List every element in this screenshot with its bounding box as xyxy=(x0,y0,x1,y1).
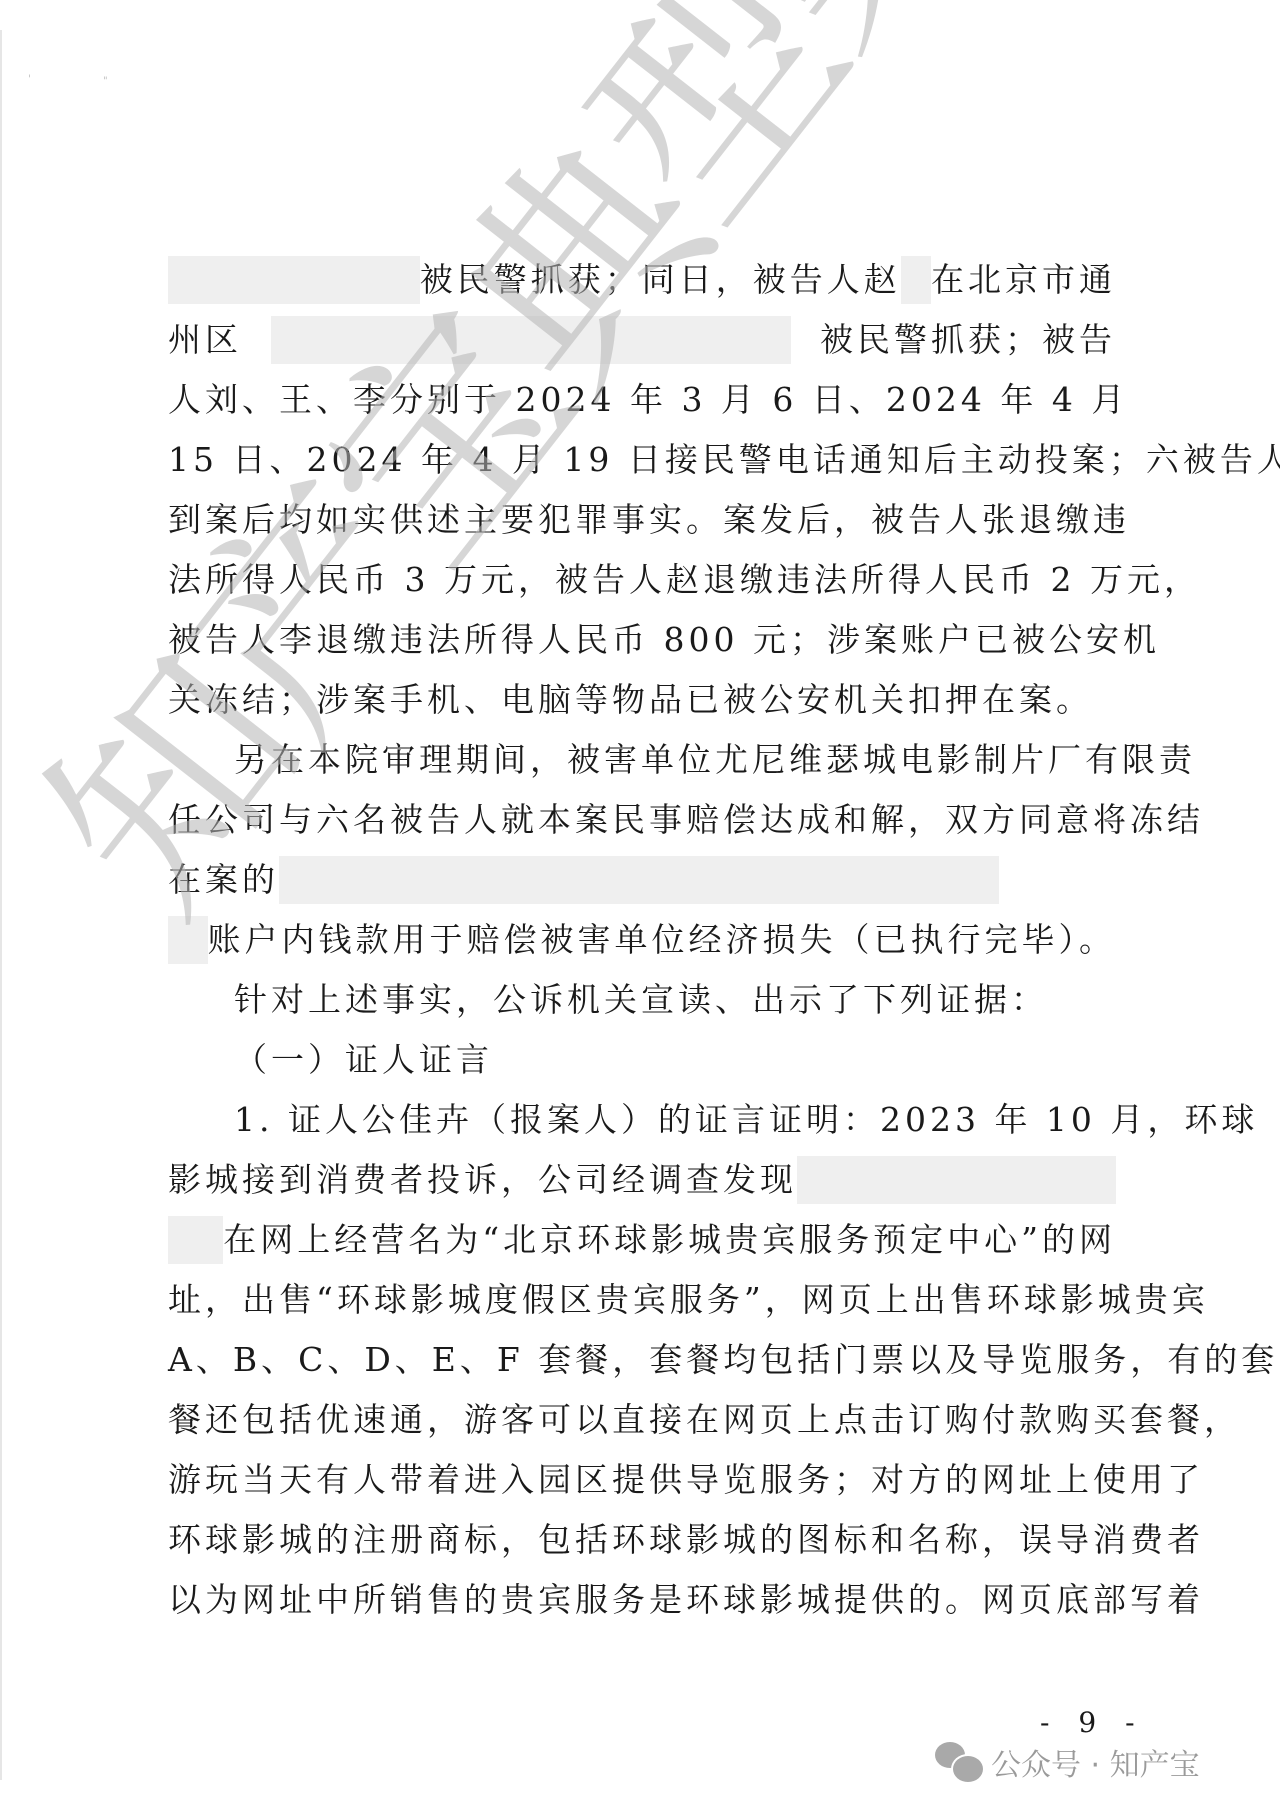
text-line: 人刘、王、李分别于 2024 年 3 月 6 日、2024 年 4 月 xyxy=(168,370,1116,430)
page-edge xyxy=(0,30,2,1780)
footer-attribution: 公众号 · 知产宝 xyxy=(935,1740,1200,1784)
text-line: 法所得人民币 3 万元，被告人赵退缴违法所得人民币 2 万元， xyxy=(168,550,1116,610)
text-line: 餐还包括优速通，游客可以直接在网页上点击订购付款购买套餐， xyxy=(168,1390,1116,1450)
footer-label: 公众号 · 知产宝 xyxy=(991,1740,1200,1784)
text-segment: 针对上述事实，公诉机关宣读、出示了下列证据： xyxy=(234,970,1048,1030)
text-line: 环球影城的注册商标，包括环球影城的图标和名称，误导消费者 xyxy=(168,1510,1116,1570)
page-number: - 9 - xyxy=(1040,1706,1145,1739)
text-segment: 在北京市通 xyxy=(931,250,1116,310)
text-segment: 、王 xyxy=(242,370,316,430)
text-line: 关冻结；涉案手机、电脑等物品已被公安机关扣押在案。 xyxy=(168,670,1116,730)
text-segment: 以为网址中所销售的贵宾服务是环球影城提供的。网页底部写着 xyxy=(168,1570,1204,1630)
text-segment: 在案的 xyxy=(168,850,279,910)
text-line: 址，出售“环球影城度假区贵宾服务”，网页上出售环球影城贵宾 xyxy=(168,1270,1116,1330)
text-segment: 环球影城的注册商标，包括环球影城的图标和名称，误导消费者 xyxy=(168,1510,1204,1570)
text-segment: 1. 证人公佳卉（报案人）的证言证明：2023 年 10 月，环球 xyxy=(234,1090,1258,1150)
text-segment: 被告人李 xyxy=(168,610,316,670)
text-segment: 游玩当天有人带着进入园区提供导览服务；对方的网址上使用了 xyxy=(168,1450,1204,1510)
text-line: （一）证人证言 xyxy=(168,1030,1116,1090)
text-line: 另在本院审理期间，被害单位尤尼维瑟城电影制片厂有限责 xyxy=(168,730,1116,790)
text-segment: 退缴违法所得人民币 800 元；涉案账户已被公安机 xyxy=(316,610,1160,670)
text-segment: 址，出售“环球影城度假区贵宾服务”，网页上出售环球影城贵宾 xyxy=(168,1270,1209,1330)
redaction-block xyxy=(271,316,791,364)
text-line: 被民警抓获；同日，被告人赵在北京市通 xyxy=(168,250,1116,310)
text-line: 针对上述事实，公诉机关宣读、出示了下列证据： xyxy=(168,970,1116,1030)
redaction-block xyxy=(168,916,208,964)
text-segment: A、B、C、D、E、F 套餐，套餐均包括门票以及导览服务，有的套 xyxy=(168,1330,1278,1390)
text-line: 州区被民警抓获；被告 xyxy=(168,310,1116,370)
text-segment: 、李 xyxy=(316,370,390,430)
text-segment: 州区 xyxy=(168,310,242,370)
redaction-block xyxy=(168,256,420,304)
text-segment: 账户内钱款用于赔偿被害单位经济损失（已执行完毕）。 xyxy=(208,910,1117,970)
text-segment: 到案后均如实供述主要犯罪事实。案发后，被告人张 xyxy=(168,490,1019,550)
text-line: 在网上经营名为“北京环球影城贵宾服务预定中心”的网 xyxy=(168,1210,1116,1270)
text-line: 1. 证人公佳卉（报案人）的证言证明：2023 年 10 月，环球 xyxy=(168,1090,1116,1150)
redaction-block xyxy=(797,1156,1116,1204)
redaction-block xyxy=(279,856,999,904)
text-line: 游玩当天有人带着进入园区提供导览服务；对方的网址上使用了 xyxy=(168,1450,1116,1510)
text-segment: （一）证人证言 xyxy=(234,1030,493,1090)
text-segment: 退缴违 xyxy=(1019,490,1130,550)
text-line: 账户内钱款用于赔偿被害单位经济损失（已执行完毕）。 xyxy=(168,910,1116,970)
wechat-icon xyxy=(935,1742,981,1782)
text-segment: 退缴违法所得人民币 2 万元， xyxy=(703,550,1201,610)
text-line: A、B、C、D、E、F 套餐，套餐均包括门票以及导览服务，有的套 xyxy=(168,1330,1116,1390)
text-line: 被告人李退缴违法所得人民币 800 元；涉案账户已被公安机 xyxy=(168,610,1116,670)
text-segment: 餐还包括优速通，游客可以直接在网页上点击订购付款购买套餐， xyxy=(168,1390,1241,1450)
text-line: 影城接到消费者投诉，公司经调查发现 xyxy=(168,1150,1116,1210)
text-line: 到案后均如实供述主要犯罪事实。案发后，被告人张退缴违 xyxy=(168,490,1116,550)
text-segment: 被民警抓获；同日，被告人赵 xyxy=(420,250,901,310)
text-segment: 人刘 xyxy=(168,370,242,430)
text-segment: 法所得人民币 3 万元，被告人赵 xyxy=(168,550,703,610)
text-segment: 15 日、2024 年 4 月 19 日接民警电话通知后主动投案；六被告人 xyxy=(168,430,1280,490)
redaction-block xyxy=(901,256,931,304)
text-line: 任公司与六名被告人就本案民事赔偿达成和解，双方同意将冻结 xyxy=(168,790,1116,850)
text-line: 在案的 xyxy=(168,850,1116,910)
text-segment: 关冻结；涉案手机、电脑等物品已被公安机关扣押在案。 xyxy=(168,670,1093,730)
text-line: 以为网址中所销售的贵宾服务是环球影城提供的。网页底部写着 xyxy=(168,1570,1116,1630)
text-segment: 任公司与六名被告人就本案民事赔偿达成和解，双方同意将冻结 xyxy=(168,790,1204,850)
document-body: 被民警抓获；同日，被告人赵在北京市通州区被民警抓获；被告人刘、王、李分别于 20… xyxy=(168,250,1116,1630)
redaction-block xyxy=(168,1216,223,1264)
text-line: 15 日、2024 年 4 月 19 日接民警电话通知后主动投案；六被告人 xyxy=(168,430,1116,490)
text-segment: 在网上经营名为“北京环球影城贵宾服务预定中心”的网 xyxy=(223,1210,1116,1270)
text-segment: 影城接到消费者投诉，公司经调查发现 xyxy=(168,1150,797,1210)
text-segment: 另在本院审理期间，被害单位尤尼维瑟城电影制片厂有限责 xyxy=(234,730,1196,790)
text-segment: 分别于 2024 年 3 月 6 日、2024 年 4 月 xyxy=(390,370,1128,430)
text-segment: 被民警抓获；被告 xyxy=(820,310,1116,370)
